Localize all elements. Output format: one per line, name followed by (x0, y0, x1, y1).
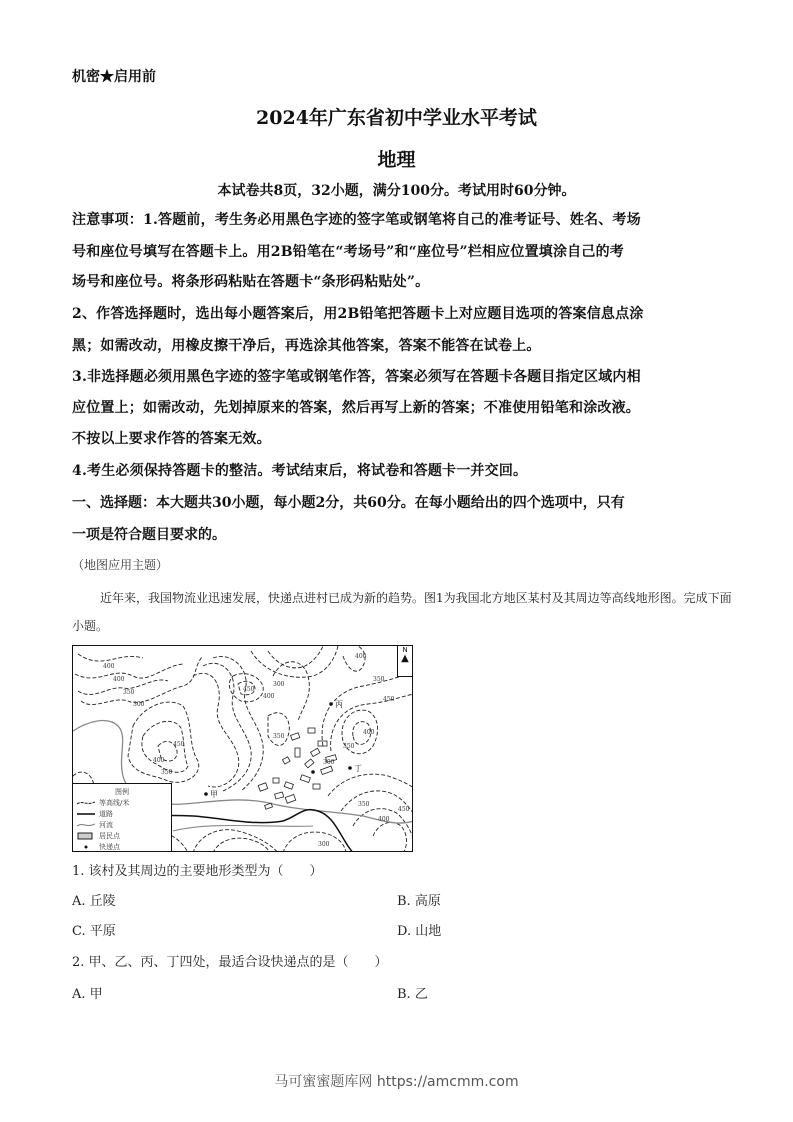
contour-symbol-icon (77, 800, 95, 806)
footer-watermark: 马可蜜蜜题库网 https://amcmm.com (0, 1071, 793, 1091)
svg-text:350: 350 (161, 769, 173, 776)
svg-text:300: 300 (323, 759, 335, 766)
svg-text:450: 450 (243, 686, 255, 693)
topic-label: （地图应用主题） (72, 556, 168, 573)
option-d: D. 山地 (397, 920, 441, 939)
svg-text:300: 300 (273, 681, 285, 688)
svg-text:300: 300 (318, 841, 330, 848)
exam-info: 本试卷共8页，32小题，满分100分。考试用时60分钟。 (0, 180, 793, 200)
legend-title: 图例 (73, 787, 171, 797)
svg-text:400: 400 (363, 729, 375, 736)
section-line: 一、选择题：本大题共30小题，每小题2分，共60分。在每小题给出的四个选项中，只… (72, 489, 732, 518)
river-symbol-icon (77, 822, 95, 828)
notice-line: 应位置上；如需改动，先划掉原来的答案，然后再写上新的答案；不准使用铅笔和涂改液。 (72, 394, 732, 423)
road-symbol-icon (77, 811, 95, 817)
question-stem: 2. 甲、乙、丙、丁四处，最适合设快递点的是（ ） (72, 951, 388, 970)
legend-item-point: 快递点 (73, 841, 171, 852)
legend-item-contour: 等高线/米 (73, 797, 171, 808)
legend-item-settlement: 居民点 (73, 830, 171, 841)
subject-title: 地理 (0, 145, 793, 172)
north-arrow-icon: ▲ (398, 654, 412, 664)
option-b: B. 乙 (397, 983, 428, 1002)
place-ding: 丁 (354, 764, 362, 773)
svg-text:400: 400 (103, 663, 115, 670)
option-a: A. 甲 (72, 983, 103, 1002)
svg-text:350: 350 (358, 801, 370, 808)
option-b: B. 高原 (397, 890, 441, 909)
legend-item-road: 道路 (73, 808, 171, 819)
question-intro: 近年来，我国物流业迅速发展，快递点进村已成为新的趋势。图1为我国北方地区某村及其… (72, 584, 732, 640)
settlement-symbol-icon (77, 832, 95, 840)
svg-text:400: 400 (263, 693, 275, 700)
notice-line: 不按以上要求作答的答案无效。 (72, 425, 732, 454)
map-legend: 图例 等高线/米 道路 河流 居民点 快递点 (73, 783, 172, 852)
exam-title: 2024年广东省初中学业水平考试 (0, 103, 793, 130)
svg-text:350: 350 (343, 743, 355, 750)
point-symbol-icon (77, 844, 95, 850)
svg-text:400: 400 (153, 757, 165, 764)
place-markers: 甲 丙 丁 (204, 700, 362, 799)
option-c: C. 平原 (72, 920, 116, 939)
place-jia: 甲 (210, 790, 218, 799)
svg-text:350: 350 (273, 733, 285, 740)
option-a: A. 丘陵 (72, 890, 116, 909)
notice-line: 4.考生必须保持答题卡的整洁。考试结束后，将试卷和答题卡一并交回。 (72, 457, 732, 486)
svg-text:400: 400 (113, 676, 125, 683)
notice-line: 2、作答选择题时，选出每小题答案后，用2B铅笔把答题卡上对应题目选项的答案信息点… (72, 300, 732, 329)
notice-line: 场号和座位号。将条形码粘贴在答题卡“条形码粘贴处”。 (72, 268, 732, 297)
question-stem: 1. 该村及其周边的主要地形类型为（ ） (72, 860, 323, 879)
svg-text:450: 450 (398, 806, 410, 813)
notice-line: 号和座位号填写在答题卡上。用2B铅笔在“考场号”和“座位号”栏相应位置填涂自己的… (72, 238, 732, 267)
svg-text:300: 300 (133, 701, 145, 708)
notice-line: 3.非选择题必须用黑色字迹的签字笔或钢笔作答，答案必须写在答题卡各题目指定区域内… (72, 363, 732, 392)
notice-line: 注意事项：1.答题前，考生务必用黑色字迹的签字笔或钢笔将自己的准考证号、姓名、考… (72, 206, 732, 235)
place-bing: 丙 (335, 700, 343, 709)
section-line: 一项是符合题目要求的。 (72, 521, 732, 550)
legend-item-river: 河流 (73, 819, 171, 830)
svg-text:400: 400 (378, 816, 390, 823)
svg-text:450: 450 (383, 696, 395, 703)
contour-map-figure: 400400350 300450400 350300450 400350300 … (72, 645, 413, 852)
svg-text:450: 450 (173, 741, 185, 748)
confidential-mark: 机密★启用前 (72, 66, 156, 86)
svg-text:350: 350 (123, 689, 135, 696)
svg-text:400: 400 (355, 653, 367, 660)
svg-text:350: 350 (373, 676, 385, 683)
north-arrow: N ▲ (397, 646, 412, 677)
notice-line: 黑；如需改动，用橡皮擦干净后，再选涂其他答案，答案不能答在试卷上。 (72, 332, 732, 361)
